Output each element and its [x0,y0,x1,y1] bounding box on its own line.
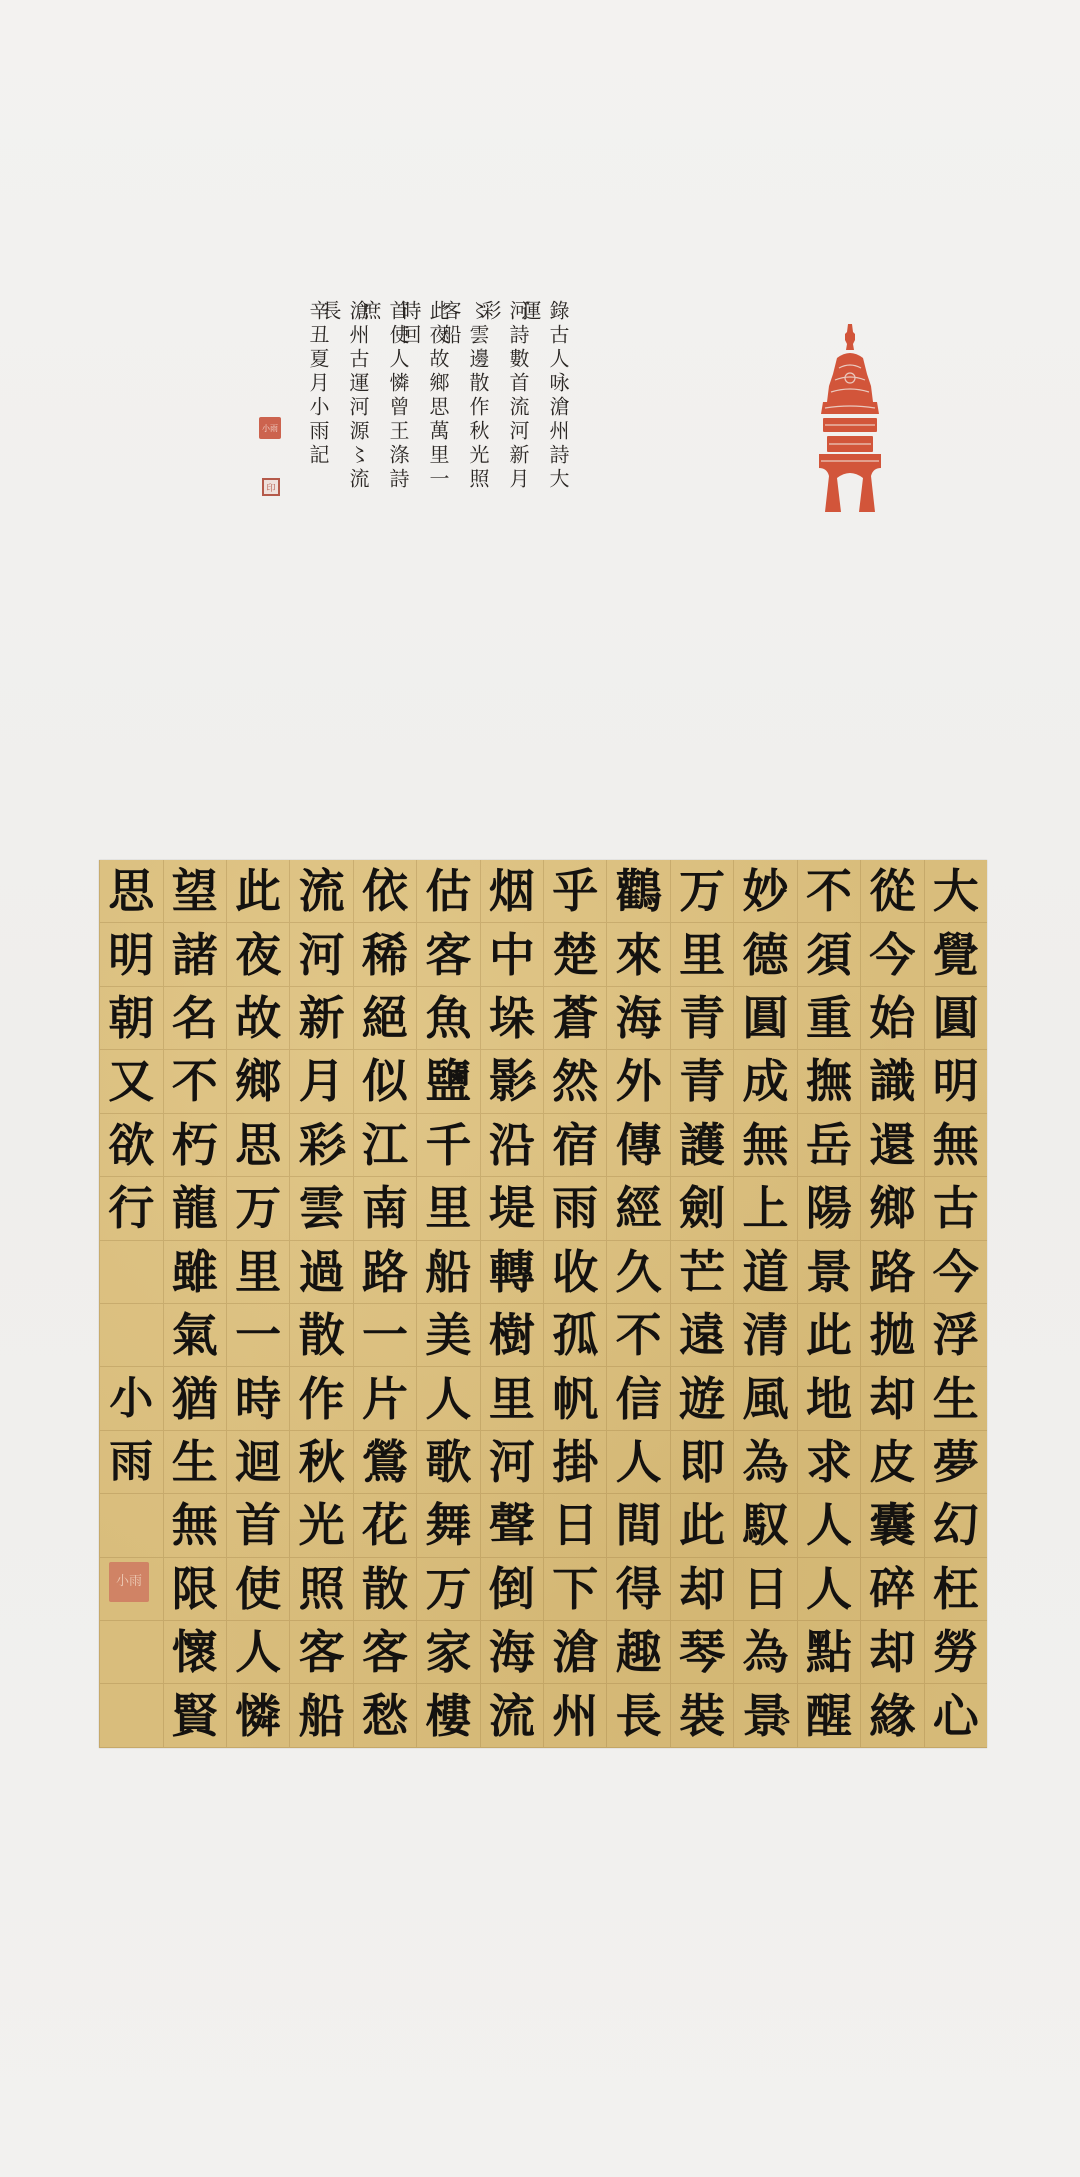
grid-cell: 客 [354,1621,416,1684]
text-column: 不須重撫岳陽景此地求人人點醒 [797,860,860,1748]
grid-cell: 州 [544,1684,606,1747]
grid-cell: 鹽 [417,1050,479,1113]
grid-cell [100,1304,162,1367]
grid-cell: 里 [227,1241,289,1304]
grid-cell: 烟 [481,860,543,923]
grid-cell: 清 [734,1304,796,1367]
grid-cell: 須 [798,923,860,986]
grid-cell: 美 [417,1304,479,1367]
calligraphy-panel: 大覺圓明無古今浮生夢幻枉勞心從今始識還鄉路拋却皮囊碎却緣不須重撫岳陽景此地求人人… [99,860,987,1748]
grid-cell: 彩〻 [290,1114,352,1177]
grid-cell: 外 [607,1050,669,1113]
grid-cell: 無 [734,1114,796,1177]
grid-cell: 倒 [481,1558,543,1621]
inscription-column: 河詩數首流河新月彩 [504,300,532,510]
grid-cell: 秋 [290,1431,352,1494]
grid-cell: 琴 [671,1621,733,1684]
grid-cell: 鄉 [227,1050,289,1113]
grid-cell: 行 [100,1177,162,1240]
grid-cell: 德 [734,923,796,986]
text-column: 妙德圓成無上道清風為馭日為景〻 [733,860,796,1748]
inscription-seal-red: 小雨 [259,417,281,439]
grid-cell: 生 [925,1367,987,1430]
grid-cell: 明 [100,923,162,986]
grid-cell: 地 [798,1367,860,1430]
grid-cell: 還 [861,1114,923,1177]
grid-cell: 依 [354,860,416,923]
text-column: 烟中垛影〻沿堤轉樹里河聲倒海流 [480,860,543,1748]
grid-cell: 轉 [481,1241,543,1304]
grid-cell: 龍 [164,1177,226,1240]
grid-cell: 客 [290,1621,352,1684]
grid-cell: 新 [290,987,352,1050]
grid-cell: 堤 [481,1177,543,1240]
grid-cell: 心 [925,1684,987,1747]
grid-cell: 裝 [671,1684,733,1747]
grid-cell: 氣 [164,1304,226,1367]
grid-cell: 夢 [925,1431,987,1494]
grid-cell: 生 [164,1431,226,1494]
grid-cell: 傳 [607,1114,669,1177]
grid-cell: 久 [607,1241,669,1304]
grid-cell: 風 [734,1367,796,1430]
grid-cell [100,1684,162,1747]
grid-cell: 愁 [354,1684,416,1747]
grid-cell: 中 [481,923,543,986]
grid-cell: 絕 [354,987,416,1050]
grid-cell [100,1621,162,1684]
grid-cell: 作 [290,1367,352,1430]
grid-cell: 樓 [417,1684,479,1747]
grid-cell: 遊 [671,1367,733,1430]
grid-cell: 月 [290,1050,352,1113]
grid-cell: 此 [798,1304,860,1367]
grid-cell: 不 [164,1050,226,1113]
grid-cell: 青 [671,987,733,1050]
grid-cell: 無 [925,1114,987,1177]
grid-cell: 道 [734,1241,796,1304]
grid-cell: 里 [671,923,733,986]
grid-cell: 河 [290,923,352,986]
grid-cell: 宿 [544,1114,606,1177]
signature-character: 雨 [100,1431,162,1494]
grid-cell: 散 [354,1558,416,1621]
grid-cell: 醒 [798,1684,860,1747]
grid-cell: 經 [607,1177,669,1240]
grid-cell: 幻 [925,1494,987,1557]
grid-cell: 青 [671,1050,733,1113]
grid-cell: 流 [290,860,352,923]
grid-cell: 馭 [734,1494,796,1557]
text-column: 思明朝又欲行小雨 [99,860,162,1748]
grid-cell: 皮 [861,1431,923,1494]
signature-character: 小 [100,1367,162,1430]
text-column: 望諸名不朽龍雖氣猶生無限懷賢 [163,860,226,1748]
text-column: 依稀絕似江南路一片鶯花散客愁 [353,860,416,1748]
grid-cell: 過 [290,1241,352,1304]
grid-cell: 雲 [290,1177,352,1240]
repetition-mark: 〻 [775,1706,795,1726]
grid-cell: 家 [417,1621,479,1684]
grid-cell: 万 [417,1558,479,1621]
grid-cell: 鶯 [354,1431,416,1494]
grid-cell: 芒 [671,1241,733,1304]
grid-cell: 賢 [164,1684,226,1747]
text-column: 乎楚蒼然宿雨收孤帆掛日下滄州 [543,860,606,1748]
grid-cell: 南 [354,1177,416,1240]
grid-cell: 一 [227,1304,289,1367]
grid-cell: 光 [290,1494,352,1557]
grid-cell: 然 [544,1050,606,1113]
inscription: 錄古人咏滄州詩大運河詩數首流河新月彩〻雲邊散作秋光照客船此夜故鄉思萬里一時回首使… [272,300,572,510]
grid-cell: 路 [861,1241,923,1304]
grid-cell: 影〻 [481,1050,543,1113]
grid-cell: 時 [227,1367,289,1430]
grid-cell: 不 [607,1304,669,1367]
grid-cell: 估 [417,860,479,923]
grid-cell: 万 [227,1177,289,1240]
grid-cell: 信 [607,1367,669,1430]
text-column: 流河新月彩〻雲過散作秋光照客船 [289,860,352,1748]
grid-cell: 即 [671,1431,733,1494]
grid-cell: 船 [417,1241,479,1304]
grid-cell: 片 [354,1367,416,1430]
grid-cell: 孤 [544,1304,606,1367]
grid-cell: 始 [861,987,923,1050]
grid-cell: 得 [607,1558,669,1621]
grid-cell: 望 [164,860,226,923]
inscription-column: 錄古人咏滄州詩大運 [544,300,572,510]
grid-cell: 蒼 [544,987,606,1050]
grid-cell: 諸 [164,923,226,986]
grid-cell: 碎 [861,1558,923,1621]
grid-cell: 又 [100,1050,162,1113]
grid-cell: 憐 [227,1684,289,1747]
grid-cell: 懷 [164,1621,226,1684]
grid-cell: 欲 [100,1114,162,1177]
grid-cell: 遠 [671,1304,733,1367]
inscription-column: 滄州古運河源〻流長 [344,300,372,510]
grid-cell: 從 [861,860,923,923]
grid-cell: 帆 [544,1367,606,1430]
grid-cell: 里 [417,1177,479,1240]
grid-cell: 沿 [481,1114,543,1177]
grid-cell: 劍 [671,1177,733,1240]
grid-cell: 聲 [481,1494,543,1557]
grid-cell: 思 [100,860,162,923]
grid-cell: 垛 [481,987,543,1050]
grid-cell: 大 [925,860,987,923]
grid-cell: 來 [607,923,669,986]
grid-cell: 花 [354,1494,416,1557]
grid-cell: 使 [227,1558,289,1621]
text-column: 鸛來海外傳經久不信人間得趣長 [606,860,669,1748]
grid-cell: 似 [354,1050,416,1113]
grid-cell: 鸛 [607,860,669,923]
grid-cell: 鄉 [861,1177,923,1240]
grid-cell: 海 [607,987,669,1050]
grid-cell: 楚 [544,923,606,986]
grid-cell: 景〻 [734,1684,796,1747]
grid-cell: 人 [607,1431,669,1494]
grid-cell: 日 [734,1558,796,1621]
grid-cell: 今 [861,923,923,986]
grid-cell: 海 [481,1621,543,1684]
grid-cell: 收 [544,1241,606,1304]
grid-cell: 一 [354,1304,416,1367]
grid-cell: 重 [798,987,860,1050]
grid-cell: 夜 [227,923,289,986]
grid-cell: 客 [417,923,479,986]
grid-cell: 路 [354,1241,416,1304]
grid-cell: 歌 [417,1431,479,1494]
grid-cell: 圓 [925,987,987,1050]
grid-cell: 限 [164,1558,226,1621]
text-column: 此夜故鄉思万里一時迴首使人憐 [226,860,289,1748]
grid-cell: 却 [861,1621,923,1684]
grid-cell: 魚 [417,987,479,1050]
grid-cell: 此 [671,1494,733,1557]
grid-cell: 求 [798,1431,860,1494]
grid-cell: 為 [734,1431,796,1494]
grid-cell: 識 [861,1050,923,1113]
grid-cell: 圓 [734,987,796,1050]
grid-cell: 舞 [417,1494,479,1557]
grid-cell: 朝 [100,987,162,1050]
grid-cell: 首 [227,1494,289,1557]
grid-cell: 撫 [798,1050,860,1113]
grid-cell: 万 [671,860,733,923]
grid-cell: 却 [861,1367,923,1430]
grid-cell: 為 [734,1621,796,1684]
grid-cell: 稀 [354,923,416,986]
grid-cell: 陽 [798,1177,860,1240]
grid-cell: 船 [290,1684,352,1747]
grid-cell: 迴 [227,1431,289,1494]
grid-cell: 却 [671,1558,733,1621]
text-column: 万里青青護劍芒遠遊即此却琴裝 [670,860,733,1748]
grid-cell: 明 [925,1050,987,1113]
grid-cell: 無 [164,1494,226,1557]
grid-cell: 不 [798,860,860,923]
grid-cell: 岳 [798,1114,860,1177]
grid-cell: 間 [607,1494,669,1557]
grid-cell: 故 [227,987,289,1050]
grid-cell: 樹 [481,1304,543,1367]
grid-cell: 勞 [925,1621,987,1684]
grid-cell: 此 [227,860,289,923]
grid-cell: 散 [290,1304,352,1367]
artist-seal: 小雨 [109,1562,149,1602]
inscription-column: 〻雲邊散作秋光照客船 [464,300,492,510]
grid-cell: 人 [798,1558,860,1621]
grid-cell: 古 [925,1177,987,1240]
grid-cell: 覺 [925,923,987,986]
grid-cell: 景 [798,1241,860,1304]
grid-cell: 上 [734,1177,796,1240]
grid-cell: 雨 [544,1177,606,1240]
grid-cell: 浮 [925,1304,987,1367]
text-column: 估客魚鹽千里船美人歌舞万家樓 [416,860,479,1748]
grid-cell: 流 [481,1684,543,1747]
grid-cell [100,1241,162,1304]
text-column: 從今始識還鄉路拋却皮囊碎却緣 [860,860,923,1748]
grid-cell: 護 [671,1114,733,1177]
grid-cell: 下 [544,1558,606,1621]
grid-cell: 拋 [861,1304,923,1367]
grid-cell: 滄 [544,1621,606,1684]
grid-cell: 思 [227,1114,289,1177]
grid-cell: 長 [607,1684,669,1747]
grid-cell: 千 [417,1114,479,1177]
grid-cell: 囊 [861,1494,923,1557]
inscription-seal-outline: 印 [262,478,280,496]
grid-cell [100,1494,162,1557]
grid-cell: 人 [227,1621,289,1684]
grid-cell: 妙 [734,860,796,923]
grid-cell: 雖 [164,1241,226,1304]
grid-cell: 里 [481,1367,543,1430]
text-column: 大覺圓明無古今浮生夢幻枉勞心 [924,860,987,1748]
grid-cell: 日 [544,1494,606,1557]
grid-cell: 照 [290,1558,352,1621]
grid-cell: 掛 [544,1431,606,1494]
character-grid: 大覺圓明無古今浮生夢幻枉勞心從今始識還鄉路拋却皮囊碎却緣不須重撫岳陽景此地求人人… [99,860,987,1748]
grid-cell: 江 [354,1114,416,1177]
grid-cell: 成 [734,1050,796,1113]
grid-cell: 名 [164,987,226,1050]
grid-cell: 人 [798,1494,860,1557]
grid-cell: 枉 [925,1558,987,1621]
grid-cell: 緣 [861,1684,923,1747]
grid-cell: 人 [417,1367,479,1430]
grid-cell: 今 [925,1241,987,1304]
grid-cell: 乎 [544,860,606,923]
grid-cell: 朽 [164,1114,226,1177]
repetition-mark: 〻 [521,1072,541,1092]
grid-cell: 趣 [607,1621,669,1684]
repetition-mark: 〻 [331,1136,351,1156]
grid-cell: 河 [481,1431,543,1494]
grid-cell: 猶 [164,1367,226,1430]
grid-cell: 點 [798,1621,860,1684]
inscription-column: 辛丑夏月小雨記 [304,300,332,510]
buddha-figure-seal-icon [815,318,885,514]
